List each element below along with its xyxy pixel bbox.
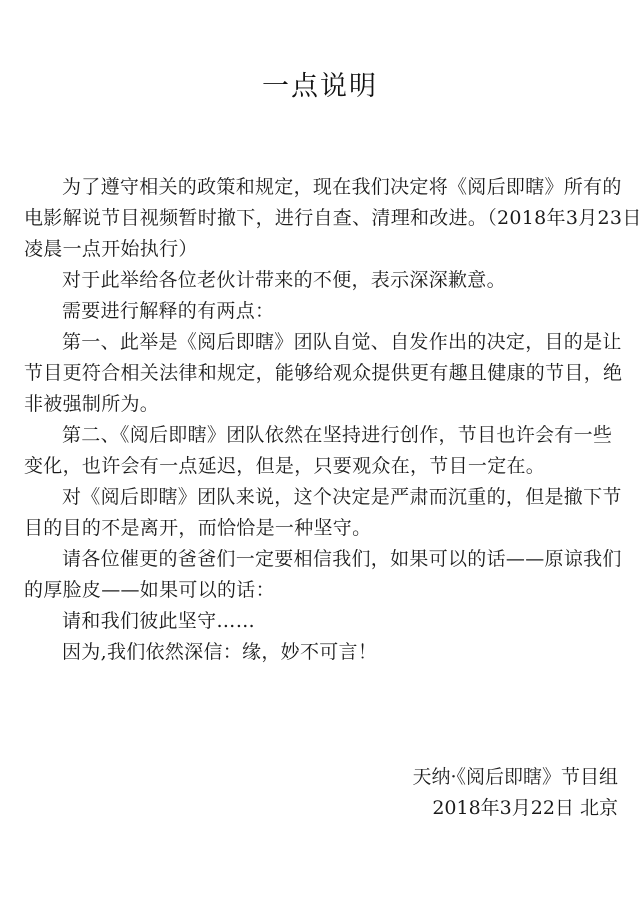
paragraph-line: 目的目的不是离开，而恰恰是一种坚守。 [24,513,616,544]
paragraph-line: 节目更符合相关法律和规定，能够给观众提供更有趣且健康的节目，绝 [24,358,616,389]
paragraph-line: 电影解说节目视频暂时撤下，进行自查、清理和改进。（2018年3月23日 [24,203,616,234]
paragraph-line: 为了遵守相关的政策和规定，现在我们决定将《阅后即瞎》所有的 [24,172,616,203]
signature-organization: 天纳·《阅后即瞎》节目组 [412,762,618,793]
document-body: 为了遵守相关的政策和规定，现在我们决定将《阅后即瞎》所有的 电影解说节目视频暂时… [24,172,616,668]
paragraph-line: 请各位催更的爸爸们一定要相信我们，如果可以的话——原谅我们 [24,544,616,575]
paragraph-line: 需要进行解释的有两点： [24,296,616,327]
page-title: 一点说明 [0,64,640,103]
paragraph-line: 对于此举给各位老伙计带来的不便，表示深深歉意。 [24,265,616,296]
paragraph-line: 的厚脸皮——如果可以的话： [24,575,616,606]
paragraph-line: 第一、此举是《阅后即瞎》团队自觉、自发作出的决定，目的是让 [24,327,616,358]
paragraph-line: 对《阅后即瞎》团队来说，这个决定是严肃而沉重的，但是撤下节 [24,482,616,513]
paragraph-line: 第二、《阅后即瞎》团队依然在坚持进行创作，节目也许会有一些 [24,420,616,451]
paragraph-line: 非被强制所为。 [24,389,616,420]
paragraph-line: 请和我们彼此坚守…… [24,606,616,637]
paragraph-line: 变化，也许会有一点延迟，但是，只要观众在，节目一定在。 [24,451,616,482]
paragraph-line: 凌晨一点开始执行） [24,234,616,265]
paragraph-line: 因为,我们依然深信：缘，妙不可言！ [24,637,616,668]
signature-date-place: 2018年3月22日 北京 [432,793,618,824]
